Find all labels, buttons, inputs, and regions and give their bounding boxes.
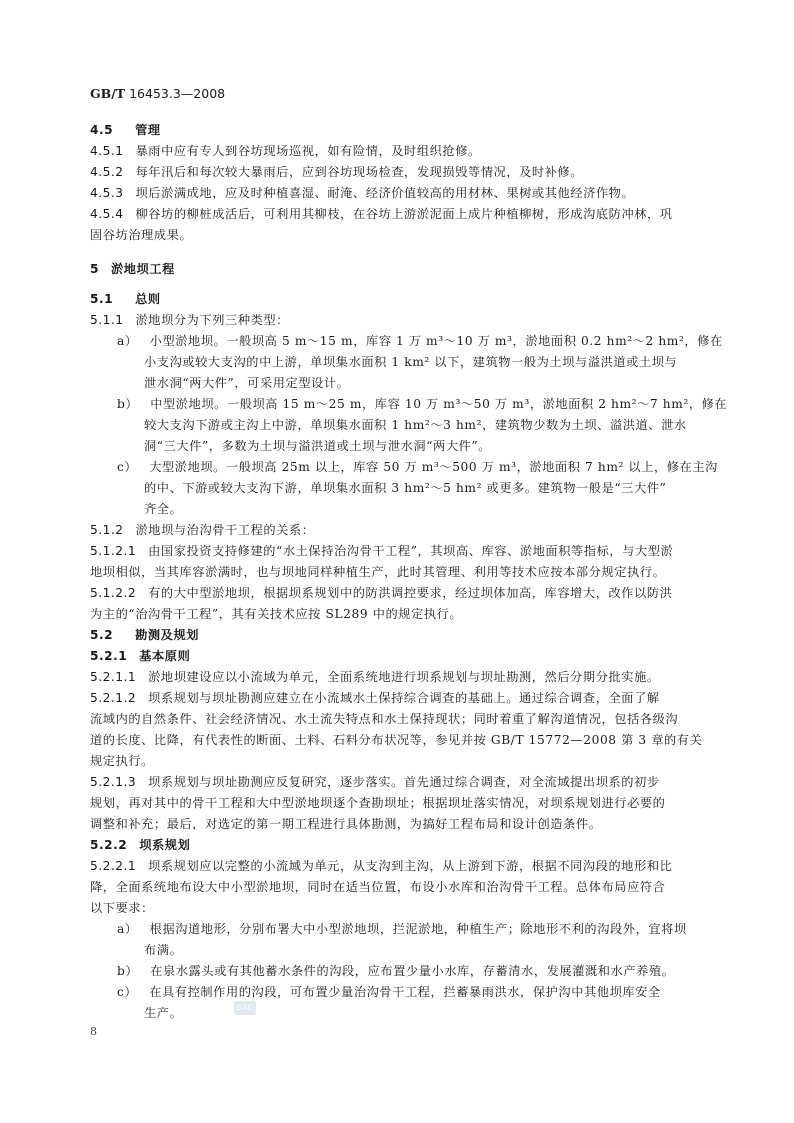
clause-5-2-2-1-cont: 降，全面系统地布设大中小型淤地坝，同时在适当位置，布设小水库和治沟骨干工程。总体… xyxy=(90,880,665,894)
standard-prefix: GB/T xyxy=(90,86,125,101)
list-item-b: b）中型淤地坝。一般坝高 15 m～25 m，库容 10 万 m³～50 万 m… xyxy=(117,397,727,411)
clause-number: 5.2.1.1 xyxy=(90,670,136,684)
clause-5-2-2-1-cont: 以下要求： xyxy=(90,901,154,915)
clause-text: 暴雨中应有专人到谷坊现场巡视，如有险情，及时组织抢修。 xyxy=(136,144,481,158)
list-item-c-cont: 齐全。 xyxy=(144,502,182,516)
clause-4-5-4: 4.5.4柳谷坊的柳桩成活后，可利用其柳枝，在谷坊上游淤泥面上成片种植柳树，形成… xyxy=(90,207,673,221)
clause-text: 淤地坝建设应以小流域为单元，全面系统地进行坝系规划与坝址勘测，然后分期分批实施。 xyxy=(148,670,660,684)
subsection-heading-5-2-2: 5.2.2坝系规划 xyxy=(90,838,190,852)
clause-5-2-1-2-cont: 规定执行。 xyxy=(90,754,154,768)
clause-text: 由国家投资支持修建的“水土保持治沟骨干工程”，其坝高、库容、淤地面积等指标，与大… xyxy=(148,544,673,558)
list-text: 根据沟道地形，分别布署大中小型淤地坝，拦泥淤地，种植生产；除地形不利的沟段外，宜… xyxy=(150,922,687,936)
clause-number: 5.2.2.1 xyxy=(90,859,136,873)
subsection-heading-5-2-1: 5.2.1基本原则 xyxy=(90,649,190,663)
clause-number: 5.1.2 xyxy=(90,523,124,537)
chapter-number: 5 xyxy=(90,262,99,276)
clause-5-2-1-3: 5.2.1.3坝系规划与坝址勘测应反复研究，逐步落实。首先通过综合调查，对全流域… xyxy=(90,775,660,789)
section-heading-5-1: 5.1总则 xyxy=(90,292,161,306)
clause-4-5-4-cont: 固谷坊治理成果。 xyxy=(90,228,192,242)
list-item-b-cont: 洞“三大件”，多数为土坝与溢洪道或土坝与泄水洞“两大件”。 xyxy=(144,439,491,453)
subsection-title: 坝系规划 xyxy=(139,838,190,852)
section-number: 4.5 xyxy=(90,123,113,137)
standard-code-header: GB/T 16453.3—2008 xyxy=(90,86,225,101)
clause-number: 5.1.1 xyxy=(90,313,124,327)
clause-text: 淤地坝与治沟骨干工程的关系： xyxy=(136,523,315,537)
clause-5-2-1-2-cont: 道的长度、比降，有代表性的断面、土料、石料分布状况等，参见并按 GB/T 157… xyxy=(90,733,702,747)
clause-number: 5.1.2.2 xyxy=(90,586,136,600)
clause-text: 柳谷坊的柳桩成活后，可利用其柳枝，在谷坊上游淤泥面上成片种植柳树，形成沟底防冲林… xyxy=(136,207,673,221)
list-item-b-cont: 较大支沟下游或主沟上中游，单坝集水面积 1 hm²～3 hm²，建筑物少数为土坝… xyxy=(144,418,687,432)
section-title: 管理 xyxy=(135,123,161,137)
clause-text: 坝系规划应以完整的小流域为单元，从支沟到主沟，从上游到下游，根据不同沟段的地形和… xyxy=(148,859,672,873)
clause-text: 坝后淤满成地，应及时种植喜湿、耐淹、经济价值较高的用材林、果树或其他经济作物。 xyxy=(136,186,635,200)
subsection-number: 5.2.1 xyxy=(90,649,127,663)
chapter-heading-5: 5淤地坝工程 xyxy=(90,262,175,276)
section-title: 勘测及规划 xyxy=(135,628,199,642)
clause-4-5-1: 4.5.1暴雨中应有专人到谷坊现场巡视，如有险情，及时组织抢修。 xyxy=(90,144,481,158)
list-item-a: a）根据沟道地形，分别布署大中小型淤地坝，拦泥淤地，种植生产；除地形不利的沟段外… xyxy=(117,922,687,936)
sac-watermark-logo: SAC xyxy=(234,1001,256,1015)
clause-number: 4.5.4 xyxy=(90,207,124,221)
list-text: 在泉水露头或有其他蓄水条件的沟段，应布置少量小水库，存蓄清水，发展灌溉和水产养殖… xyxy=(150,964,674,978)
clause-text: 淤地坝分为下列三种类型： xyxy=(136,313,289,327)
clause-number: 5.2.1.3 xyxy=(90,775,136,789)
list-text: 中型淤地坝。一般坝高 15 m～25 m，库容 10 万 m³～50 万 m³，… xyxy=(150,397,727,411)
chapter-title: 淤地坝工程 xyxy=(111,262,175,276)
clause-text: 坝系规划与坝址勘测应建立在小流域水土保持综合调查的基础上。通过综合调查，全面了解 xyxy=(148,691,660,705)
list-text: 在具有控制作用的沟段，可布置少量治沟骨干工程，拦蓄暴雨洪水，保护沟中其他坝库安全 xyxy=(149,985,661,999)
clause-5-1-2-2: 5.1.2.2有的大中型淤地坝，根据坝系规划中的防洪调控要求，经过坝体加高，库容… xyxy=(90,586,672,600)
list-item-a: a）小型淤地坝。一般坝高 5 m～15 m，库容 1 万 m³～10 万 m³，… xyxy=(117,334,723,348)
list-item-a-cont: 布满。 xyxy=(144,943,182,957)
clause-text: 坝系规划与坝址勘测应反复研究，逐步落实。首先通过综合调查，对全流域提出坝系的初步 xyxy=(148,775,660,789)
list-label: b） xyxy=(117,964,138,978)
list-label: a） xyxy=(117,922,138,936)
list-item-c: c）大型淤地坝。一般坝高 25m 以上，库容 50 万 m³～500 万 m³，… xyxy=(117,460,718,474)
standard-code: 16453.3—2008 xyxy=(129,86,225,101)
clause-5-1-2-1: 5.1.2.1由国家投资支持修建的“水土保持治沟骨干工程”，其坝高、库容、淤地面… xyxy=(90,544,673,558)
section-number: 5.2 xyxy=(90,628,113,642)
clause-number: 5.2.1.2 xyxy=(90,691,136,705)
list-text: 大型淤地坝。一般坝高 25m 以上，库容 50 万 m³～500 万 m³，淤地… xyxy=(149,460,718,474)
clause-number: 4.5.1 xyxy=(90,144,124,158)
clause-5-1-1: 5.1.1淤地坝分为下列三种类型： xyxy=(90,313,289,327)
list-text: 小型淤地坝。一般坝高 5 m～15 m，库容 1 万 m³～10 万 m³，淤地… xyxy=(150,334,723,348)
subsection-number: 5.2.2 xyxy=(90,838,127,852)
section-number: 5.1 xyxy=(90,292,113,306)
list-item-c-cont: 的中、下游或较大支沟下游，单坝集水面积 3 hm²～5 hm² 或更多。建筑物一… xyxy=(144,481,666,495)
clause-number: 5.1.2.1 xyxy=(90,544,136,558)
clause-5-1-2-2-cont: 为主的“治沟骨干工程”，其有关技术应按 SL289 中的规定执行。 xyxy=(90,607,462,621)
clause-text: 每年汛后和每次较大暴雨后，应到谷坊现场检查，发现损毁等情况，及时补修。 xyxy=(136,165,584,179)
clause-5-2-1-3-cont: 调整和补充；最后，对选定的第一期工程进行具体勘测，为搞好工程布局和设计创造条件。 xyxy=(90,817,602,831)
clause-5-2-1-2: 5.2.1.2坝系规划与坝址勘测应建立在小流域水土保持综合调查的基础上。通过综合… xyxy=(90,691,660,705)
list-label: c） xyxy=(117,985,137,999)
list-label: b） xyxy=(117,397,138,411)
list-item-b: b）在泉水露头或有其他蓄水条件的沟段，应布置少量小水库，存蓄清水，发展灌溉和水产… xyxy=(117,964,675,978)
clause-5-2-1-3-cont: 规划，再对其中的骨干工程和大中型淤地坝逐个查勘坝址；根据坝址落实情况，对坝系规划… xyxy=(90,796,665,810)
clause-5-2-2-1: 5.2.2.1坝系规划应以完整的小流域为单元，从支沟到主沟，从上游到下游，根据不… xyxy=(90,859,672,873)
clause-text: 有的大中型淤地坝，根据坝系规划中的防洪调控要求，经过坝体加高，库容增大，改作以防… xyxy=(148,586,672,600)
clause-number: 4.5.3 xyxy=(90,186,124,200)
clause-5-1-2-1-cont: 地坝相似，当其库容淤满时，也与坝地同样种植生产，此时其管理、利用等技术应按本部分… xyxy=(90,565,665,579)
clause-5-1-2: 5.1.2淤地坝与治沟骨干工程的关系： xyxy=(90,523,315,537)
list-label: c） xyxy=(117,460,137,474)
clause-4-5-2: 4.5.2每年汛后和每次较大暴雨后，应到谷坊现场检查，发现损毁等情况，及时补修。 xyxy=(90,165,583,179)
list-item-c: c）在具有控制作用的沟段，可布置少量治沟骨干工程，拦蓄暴雨洪水，保护沟中其他坝库… xyxy=(117,985,661,999)
subsection-title: 基本原则 xyxy=(139,649,190,663)
list-item-a-cont: 泄水洞“两大件”，可采用定型设计。 xyxy=(144,376,349,390)
clause-5-2-1-1: 5.2.1.1淤地坝建设应以小流域为单元，全面系统地进行坝系规划与坝址勘测，然后… xyxy=(90,670,660,684)
section-heading-5-2: 5.2勘测及规划 xyxy=(90,628,199,642)
list-label: a） xyxy=(117,334,138,348)
clause-number: 4.5.2 xyxy=(90,165,124,179)
list-item-a-cont: 小支沟或较大支沟的中上游，单坝集水面积 1 km² 以下，建筑物一般为土坝与溢洪… xyxy=(144,355,677,369)
page-number: 8 xyxy=(90,1025,97,1038)
section-title: 总则 xyxy=(135,292,161,306)
section-heading-4-5: 4.5管理 xyxy=(90,123,161,137)
clause-5-2-1-2-cont: 流域内的自然条件、社会经济情况、水土流失特点和水土保持现状；同时着重了解沟道情况… xyxy=(90,712,678,726)
list-item-c-cont: 生产。 xyxy=(144,1006,182,1020)
clause-4-5-3: 4.5.3坝后淤满成地，应及时种植喜湿、耐淹、经济价值较高的用材林、果树或其他经… xyxy=(90,186,634,200)
